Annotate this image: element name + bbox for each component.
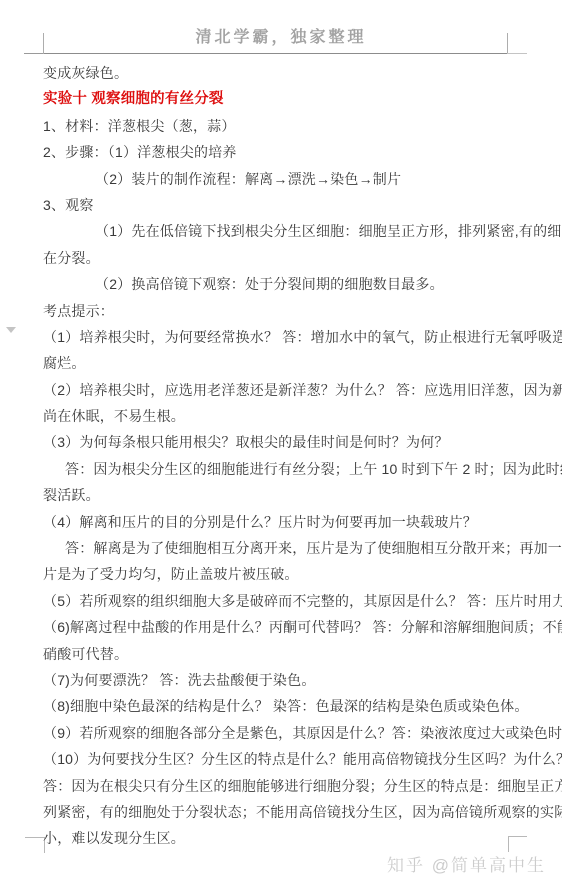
text-line: （2）培养根尖时，应选用老洋葱还是新洋葱？为什么？ 答：应选用旧洋葱，因为新洋葱 [43, 377, 520, 403]
text-line: 答：因为在根尖只有分生区的细胞能够进行细胞分裂；分生区的特点是：细胞呈正方形，排 [43, 773, 520, 799]
margin-mark-top-left-horizontal [24, 53, 43, 54]
text-line: 在分裂。 [43, 245, 520, 271]
margin-mark-top-right-horizontal [507, 53, 527, 54]
text-line: 片是为了受力均匀，防止盖玻片被压破。 [43, 561, 520, 587]
text-line: （8)细胞中染色最深的结构是什么？ 染答：色最深的结构是染色质或染色体。 [43, 693, 520, 719]
text-line: 尚在休眠，不易生根。 [43, 403, 520, 429]
text-line: 考点提示： [43, 298, 520, 324]
text-line: 裂活跃。 [43, 482, 520, 508]
text-line: 答：解离是为了使细胞相互分离开来，压片是为了使细胞相互分散开来；再加一块载玻 [43, 535, 520, 561]
margin-marker-icon [6, 327, 16, 333]
text-line: （9）若所观察的细胞各部分全是紫色，其原因是什么？答：染液浓度过大或染色时间过长… [43, 720, 520, 746]
text-line: （4）解离和压片的目的分别是什么？压片时为何要再加一块载玻片？ [43, 509, 520, 535]
text-line: （7)为何要漂洗？ 答：洗去盐酸便于染色。 [43, 667, 520, 693]
text-line: 变成灰绿色。 [43, 60, 520, 86]
text-line: （2）换高倍镜下观察：处于分裂间期的细胞数目最多。 [43, 271, 520, 297]
document-lines: 变成灰绿色。实验十 观察细胞的有丝分裂1、材料：洋葱根尖（葱，蒜）2、步骤：（1… [43, 60, 520, 852]
margin-mark-top-left-vertical [43, 33, 44, 54]
margin-mark-top-right-vertical [507, 33, 508, 54]
header-watermark: 清北学霸，独家整理 [0, 24, 562, 47]
section-heading: 实验十 观察细胞的有丝分裂 [43, 86, 520, 112]
text-line: 硝酸可代替。 [43, 641, 520, 667]
footer-watermark: 知乎 @简单高中生 [387, 851, 546, 876]
text-line: 2、步骤：（1）洋葱根尖的培养 [43, 139, 520, 165]
text-line: （5）若所观察的组织细胞大多是破碎而不完整的，其原因是什么？ 答：压片时用力过大… [43, 588, 520, 614]
text-line: 小，难以发现分生区。 [43, 825, 520, 851]
text-line: （6)解离过程中盐酸的作用是什么？丙酮可代替吗？ 答：分解和溶解细胞间质；不能，… [43, 614, 520, 640]
text-line: 答：因为根尖分生区的细胞能进行有丝分裂；上午 10 时到下午 2 时；因为此时细… [43, 456, 520, 482]
text-line: （1）先在低倍镜下找到根尖分生区细胞：细胞呈正方形，排列紧密,有的细胞正 [43, 218, 520, 244]
text-line: 列紧密，有的细胞处于分裂状态；不能用高倍镜找分生区，因为高倍镜所观察的实际范围很 [43, 799, 520, 825]
text-line: 1、材料：洋葱根尖（葱，蒜） [43, 113, 520, 139]
text-line: （1）培养根尖时，为何要经常换水？ 答：增加水中的氧气，防止根进行无氧呼吸造成根… [43, 324, 520, 350]
text-line: 腐烂。 [43, 350, 520, 376]
text-line: 3、观察 [43, 192, 520, 218]
document-page: 清北学霸，独家整理 变成灰绿色。实验十 观察细胞的有丝分裂1、材料：洋葱根尖（葱… [0, 0, 562, 892]
text-line: （3）为何每条根只能用根尖？取根尖的最佳时间是何时？为何？ [43, 429, 520, 455]
text-line: （2）装片的制作流程：解离→漂洗→染色→制片 [43, 166, 520, 192]
margin-mark-bottom-left-horizontal [25, 837, 44, 838]
text-line: （10）为何要找分生区？分生区的特点是什么？能用高倍物镜找分生区吗？为什么？ [43, 746, 520, 772]
header-rule [43, 53, 507, 54]
